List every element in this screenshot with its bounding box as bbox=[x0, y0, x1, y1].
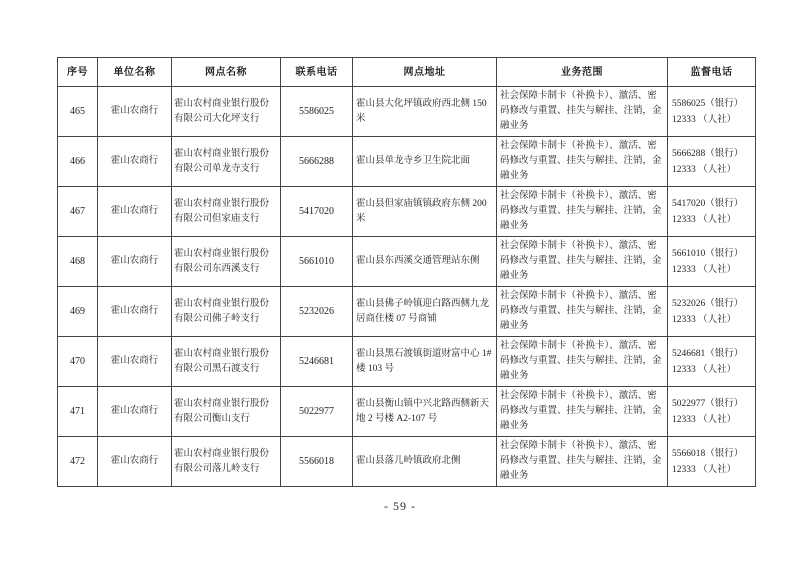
cell-contact-phone: 5417020 bbox=[281, 187, 353, 237]
supervision-social-line: 12333 （人社） bbox=[672, 262, 751, 278]
cell-contact-phone: 5246681 bbox=[281, 337, 353, 387]
supervision-social-line: 12333 （人社） bbox=[672, 312, 751, 328]
header-business-scope: 业务范围 bbox=[497, 58, 668, 87]
cell-branch-name: 霍山农村商业银行股份有限公司落儿岭支行 bbox=[172, 437, 281, 487]
supervision-bank-line: 5661010（银行） bbox=[672, 246, 751, 262]
cell-business-scope: 社会保障卡制卡（补换卡）、激活、密码修改与重置、挂失与解挂、注销，金融业务 bbox=[497, 87, 668, 137]
cell-supervision-phone: 5586025（银行）12333 （人社） bbox=[668, 87, 756, 137]
cell-branch-address: 霍山县佛子岭镇迎白路西侧九龙居商住楼 07 号商铺 bbox=[353, 287, 497, 337]
cell-unit-name: 霍山农商行 bbox=[98, 387, 172, 437]
cell-business-scope: 社会保障卡制卡（补换卡）、激活、密码修改与重置、挂失与解挂、注销，金融业务 bbox=[497, 237, 668, 287]
cell-business-scope: 社会保障卡制卡（补换卡）、激活、密码修改与重置、挂失与解挂、注销，金融业务 bbox=[497, 387, 668, 437]
cell-serial-number: 467 bbox=[58, 187, 98, 237]
cell-unit-name: 霍山农商行 bbox=[98, 337, 172, 387]
header-row: 序号 单位名称 网点名称 联系电话 网点地址 业务范围 监督电话 bbox=[58, 58, 756, 87]
cell-branch-name: 霍山农村商业银行股份有限公司黑石渡支行 bbox=[172, 337, 281, 387]
cell-unit-name: 霍山农商行 bbox=[98, 437, 172, 487]
cell-unit-name: 霍山农商行 bbox=[98, 87, 172, 137]
cell-branch-address: 霍山县落儿岭镇政府北侧 bbox=[353, 437, 497, 487]
supervision-social-line: 12333 （人社） bbox=[672, 212, 751, 228]
cell-unit-name: 霍山农商行 bbox=[98, 187, 172, 237]
cell-supervision-phone: 5246681（银行）12333 （人社） bbox=[668, 337, 756, 387]
cell-supervision-phone: 5417020（银行）12333 （人社） bbox=[668, 187, 756, 237]
cell-branch-address: 霍山县单龙寺乡卫生院北面 bbox=[353, 137, 497, 187]
cell-contact-phone: 5661010 bbox=[281, 237, 353, 287]
cell-serial-number: 468 bbox=[58, 237, 98, 287]
cell-business-scope: 社会保障卡制卡（补换卡）、激活、密码修改与重置、挂失与解挂、注销，金融业务 bbox=[497, 437, 668, 487]
supervision-bank-line: 5022977（银行） bbox=[672, 396, 751, 412]
cell-serial-number: 472 bbox=[58, 437, 98, 487]
supervision-social-line: 12333 （人社） bbox=[672, 412, 751, 428]
supervision-bank-line: 5586025（银行） bbox=[672, 96, 751, 112]
cell-unit-name: 霍山农商行 bbox=[98, 287, 172, 337]
header-serial-number: 序号 bbox=[58, 58, 98, 87]
cell-contact-phone: 5586025 bbox=[281, 87, 353, 137]
supervision-bank-line: 5566018（银行） bbox=[672, 446, 751, 462]
cell-serial-number: 465 bbox=[58, 87, 98, 137]
cell-branch-name: 霍山农村商业银行股份有限公司但家庙支行 bbox=[172, 187, 281, 237]
table-row: 469霍山农商行霍山农村商业银行股份有限公司佛子岭支行5232026霍山县佛子岭… bbox=[58, 287, 756, 337]
supervision-social-line: 12333 （人社） bbox=[672, 162, 751, 178]
cell-branch-name: 霍山农村商业银行股份有限公司大化坪支行 bbox=[172, 87, 281, 137]
header-contact-phone: 联系电话 bbox=[281, 58, 353, 87]
bank-branch-table: 序号 单位名称 网点名称 联系电话 网点地址 业务范围 监督电话 465霍山农商… bbox=[57, 57, 756, 487]
cell-branch-address: 霍山县东西溪交通管理站东侧 bbox=[353, 237, 497, 287]
table-row: 471霍山农商行霍山农村商业银行股份有限公司衡山支行5022977霍山县衡山镇中… bbox=[58, 387, 756, 437]
supervision-social-line: 12333 （人社） bbox=[672, 362, 751, 378]
cell-branch-name: 霍山农村商业银行股份有限公司东西溪支行 bbox=[172, 237, 281, 287]
cell-business-scope: 社会保障卡制卡（补换卡）、激活、密码修改与重置、挂失与解挂、注销，金融业务 bbox=[497, 337, 668, 387]
header-unit-name: 单位名称 bbox=[98, 58, 172, 87]
cell-serial-number: 471 bbox=[58, 387, 98, 437]
cell-business-scope: 社会保障卡制卡（补换卡）、激活、密码修改与重置、挂失与解挂、注销，金融业务 bbox=[497, 137, 668, 187]
cell-business-scope: 社会保障卡制卡（补换卡）、激活、密码修改与重置、挂失与解挂、注销，金融业务 bbox=[497, 187, 668, 237]
cell-contact-phone: 5566018 bbox=[281, 437, 353, 487]
table-row: 468霍山农商行霍山农村商业银行股份有限公司东西溪支行5661010霍山县东西溪… bbox=[58, 237, 756, 287]
cell-unit-name: 霍山农商行 bbox=[98, 137, 172, 187]
supervision-social-line: 12333 （人社） bbox=[672, 462, 751, 478]
cell-branch-name: 霍山农村商业银行股份有限公司单龙寺支行 bbox=[172, 137, 281, 187]
cell-supervision-phone: 5566018（银行）12333 （人社） bbox=[668, 437, 756, 487]
cell-serial-number: 466 bbox=[58, 137, 98, 187]
table-row: 465霍山农商行霍山农村商业银行股份有限公司大化坪支行5586025霍山县大化坪… bbox=[58, 87, 756, 137]
cell-contact-phone: 5232026 bbox=[281, 287, 353, 337]
supervision-bank-line: 5246681（银行） bbox=[672, 346, 751, 362]
supervision-social-line: 12333 （人社） bbox=[672, 112, 751, 128]
cell-branch-address: 霍山县衡山镇中兴北路西侧新天地 2 号楼 A2-107 号 bbox=[353, 387, 497, 437]
table-body: 465霍山农商行霍山农村商业银行股份有限公司大化坪支行5586025霍山县大化坪… bbox=[58, 87, 756, 487]
supervision-bank-line: 5232026（银行） bbox=[672, 296, 751, 312]
cell-branch-name: 霍山农村商业银行股份有限公司佛子岭支行 bbox=[172, 287, 281, 337]
header-branch-address: 网点地址 bbox=[353, 58, 497, 87]
document-page: 序号 单位名称 网点名称 联系电话 网点地址 业务范围 监督电话 465霍山农商… bbox=[0, 0, 800, 565]
table-header: 序号 单位名称 网点名称 联系电话 网点地址 业务范围 监督电话 bbox=[58, 58, 756, 87]
cell-supervision-phone: 5666288（银行）12333 （人社） bbox=[668, 137, 756, 187]
page-number: - 59 - bbox=[0, 499, 800, 514]
cell-supervision-phone: 5022977（银行）12333 （人社） bbox=[668, 387, 756, 437]
cell-supervision-phone: 5232026（银行）12333 （人社） bbox=[668, 287, 756, 337]
cell-contact-phone: 5022977 bbox=[281, 387, 353, 437]
table-row: 466霍山农商行霍山农村商业银行股份有限公司单龙寺支行5666288霍山县单龙寺… bbox=[58, 137, 756, 187]
cell-branch-address: 霍山县大化坪镇政府西北侧 150 米 bbox=[353, 87, 497, 137]
cell-branch-name: 霍山农村商业银行股份有限公司衡山支行 bbox=[172, 387, 281, 437]
cell-serial-number: 469 bbox=[58, 287, 98, 337]
table-row: 472霍山农商行霍山农村商业银行股份有限公司落儿岭支行5566018霍山县落儿岭… bbox=[58, 437, 756, 487]
cell-branch-address: 霍山县黑石渡镇街道财富中心 1#楼 103 号 bbox=[353, 337, 497, 387]
cell-supervision-phone: 5661010（银行）12333 （人社） bbox=[668, 237, 756, 287]
cell-business-scope: 社会保障卡制卡（补换卡）、激活、密码修改与重置、挂失与解挂、注销，金融业务 bbox=[497, 287, 668, 337]
cell-contact-phone: 5666288 bbox=[281, 137, 353, 187]
table-row: 467霍山农商行霍山农村商业银行股份有限公司但家庙支行5417020霍山县但家庙… bbox=[58, 187, 756, 237]
table-row: 470霍山农商行霍山农村商业银行股份有限公司黑石渡支行5246681霍山县黑石渡… bbox=[58, 337, 756, 387]
supervision-bank-line: 5666288（银行） bbox=[672, 146, 751, 162]
header-supervision-phone: 监督电话 bbox=[668, 58, 756, 87]
cell-serial-number: 470 bbox=[58, 337, 98, 387]
header-branch-name: 网点名称 bbox=[172, 58, 281, 87]
cell-unit-name: 霍山农商行 bbox=[98, 237, 172, 287]
supervision-bank-line: 5417020（银行） bbox=[672, 196, 751, 212]
cell-branch-address: 霍山县但家庙镇镇政府东侧 200 米 bbox=[353, 187, 497, 237]
